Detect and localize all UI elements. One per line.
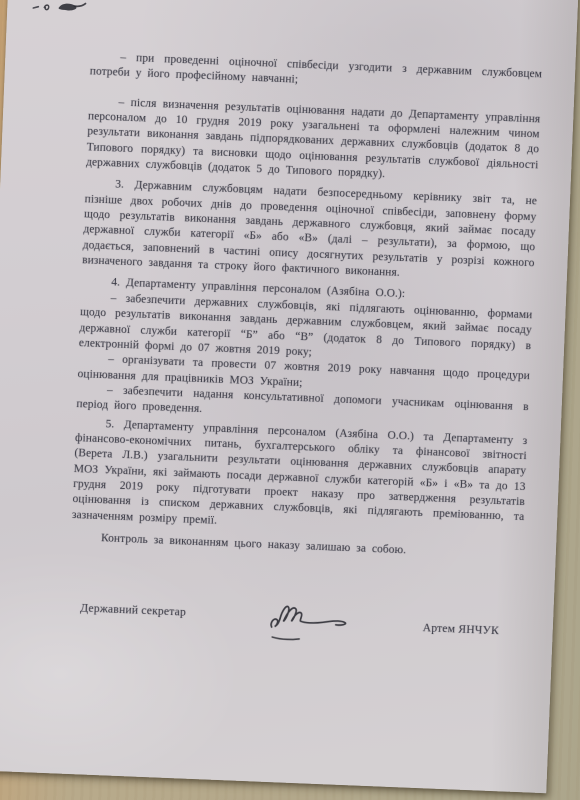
photo-of-document: – при проведенні оціночної співбесіди уз… [0, 0, 580, 800]
signatory-title: Державний секретар [80, 601, 186, 618]
handwritten-mark-icon [29, 0, 102, 23]
signatory-name: Артем ЯНЧУК [422, 621, 499, 637]
document-page: – при проведенні оціночної співбесіди уз… [0, 0, 580, 793]
paragraph-item-5: 5. Департаменту управління персоналом (А… [72, 416, 528, 541]
document-body: – при проведенні оціночної співбесіди уз… [71, 49, 543, 563]
paragraph-item-3: 3. Державним службовцям надати безпосере… [82, 177, 537, 287]
signature-icon [263, 597, 385, 650]
signature-block: Державний секретар Артем ЯНЧУК [67, 591, 524, 661]
paragraph-bullet: – при проведенні оціночної співбесіди уз… [89, 49, 542, 98]
ink-blob [59, 3, 77, 10]
paragraph-bullet: – після визначення результатів оцінюванн… [86, 94, 541, 189]
